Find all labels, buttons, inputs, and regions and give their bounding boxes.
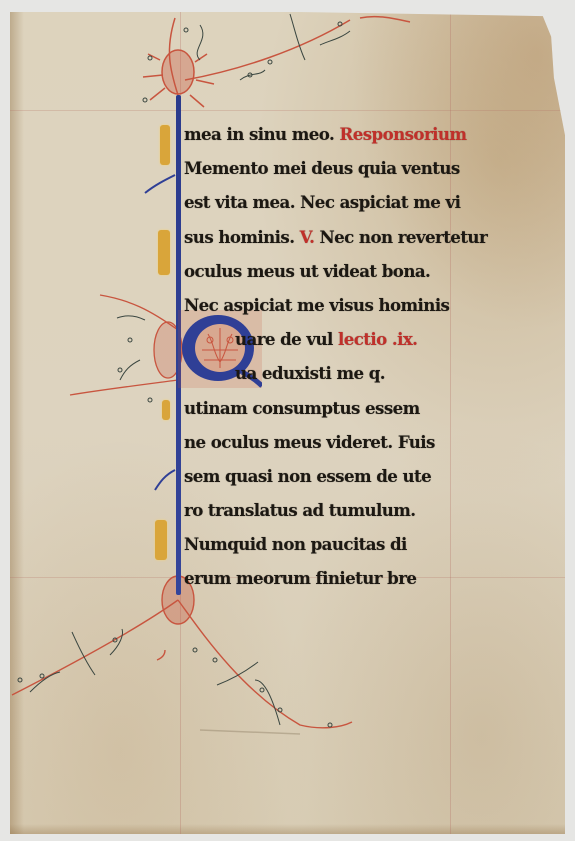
text: est vita mea. Nec aspiciat me vi xyxy=(184,193,460,213)
text: Nec non revertetur xyxy=(320,228,488,248)
manuscript-text: mea in sinu meo. Responsorium Memento me… xyxy=(184,120,459,599)
text: sus hominis. xyxy=(184,228,294,248)
text: ro translatus ad tumulum. xyxy=(184,501,416,521)
text: oculus meus ut videat bona. xyxy=(184,262,430,282)
text-line-2: Memento mei deus quia ventus xyxy=(184,154,454,188)
rubric: Responsorium xyxy=(339,125,466,145)
text-line-13: Numquid non paucitas di xyxy=(184,530,454,564)
text-line-7: uare de vul lectio .ix. xyxy=(184,325,454,359)
rubric: V. xyxy=(300,228,315,248)
text-line-9: utinam consumptus essem xyxy=(184,394,454,428)
text: erum meorum finietur bre xyxy=(184,569,416,589)
text-line-4: sus hominis. V. Nec non revertetur xyxy=(184,223,454,257)
gold-leaf xyxy=(160,125,170,165)
text: mea in sinu meo. xyxy=(184,125,334,145)
text-line-10: ne oculus meus videret. Fuis xyxy=(184,428,454,462)
text: sem quasi non essem de ute xyxy=(184,467,431,487)
gold-leaf xyxy=(162,400,170,420)
text-line-8: ua eduxisti me q. xyxy=(184,359,454,393)
text-line-12: ro translatus ad tumulum. xyxy=(184,496,454,530)
text-line-1: mea in sinu meo. Responsorium xyxy=(184,120,454,154)
text: Numquid non paucitas di xyxy=(184,535,407,555)
text: ne oculus meus videret. Fuis xyxy=(184,433,435,453)
text-line-11: sem quasi non essem de ute xyxy=(184,462,454,496)
text: uare de vul xyxy=(235,330,333,350)
text-line-5: oculus meus ut videat bona. xyxy=(184,257,454,291)
text-line-6: Nec aspiciat me visus hominis xyxy=(184,291,454,325)
text-line-3: est vita mea. Nec aspiciat me vi xyxy=(184,188,454,222)
text: utinam consumptus essem xyxy=(184,399,420,419)
text: Nec aspiciat me visus hominis xyxy=(184,296,449,316)
text: ua eduxisti me q. xyxy=(235,364,385,384)
text-line-14: erum meorum finietur bre xyxy=(184,564,454,598)
text: Memento mei deus quia ventus xyxy=(184,159,460,179)
rubric: lectio .ix. xyxy=(338,330,417,350)
gold-leaf xyxy=(158,230,170,275)
gold-leaf xyxy=(155,520,167,560)
